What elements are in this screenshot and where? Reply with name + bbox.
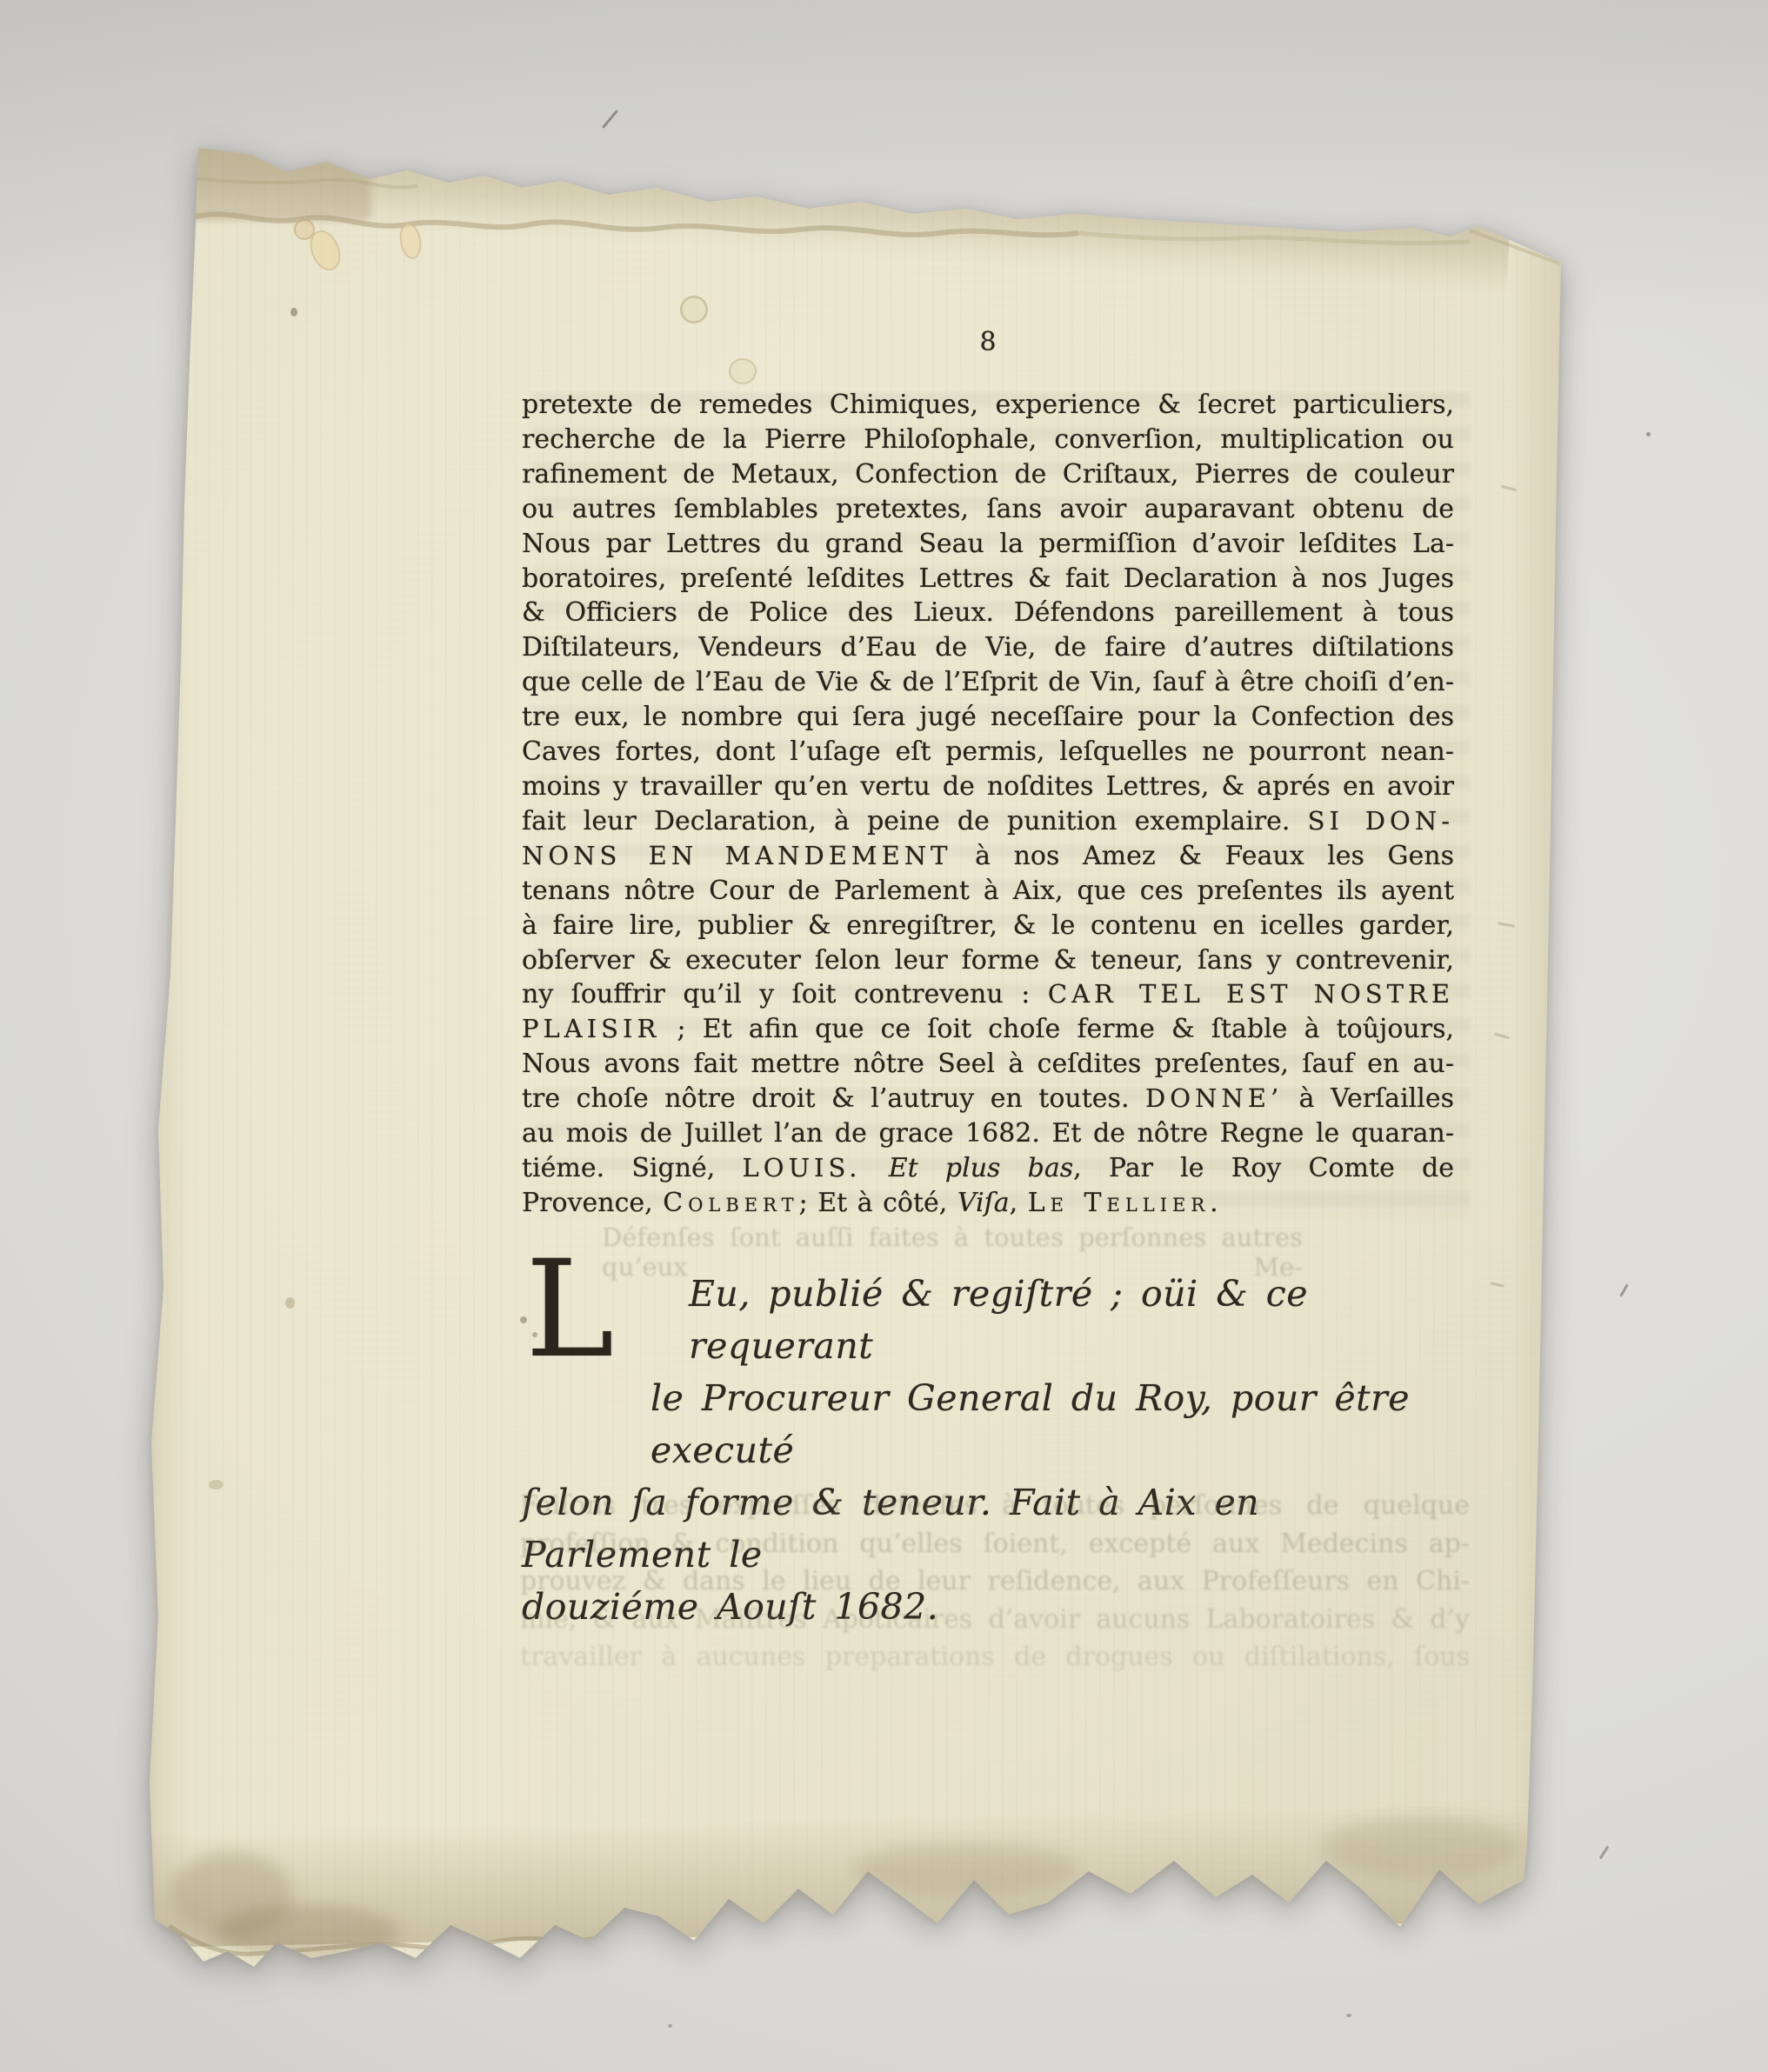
photograph-background: { "document": { "page_number": "8", "mai… (0, 0, 1768, 2072)
paper-surface: 8 pretexte de remedes Chimiques, experie… (0, 0, 1768, 2072)
paper-sheet: 8 pretexte de remedes Chimiques, experie… (0, 0, 1768, 2072)
paper-vignette (0, 0, 1768, 2072)
